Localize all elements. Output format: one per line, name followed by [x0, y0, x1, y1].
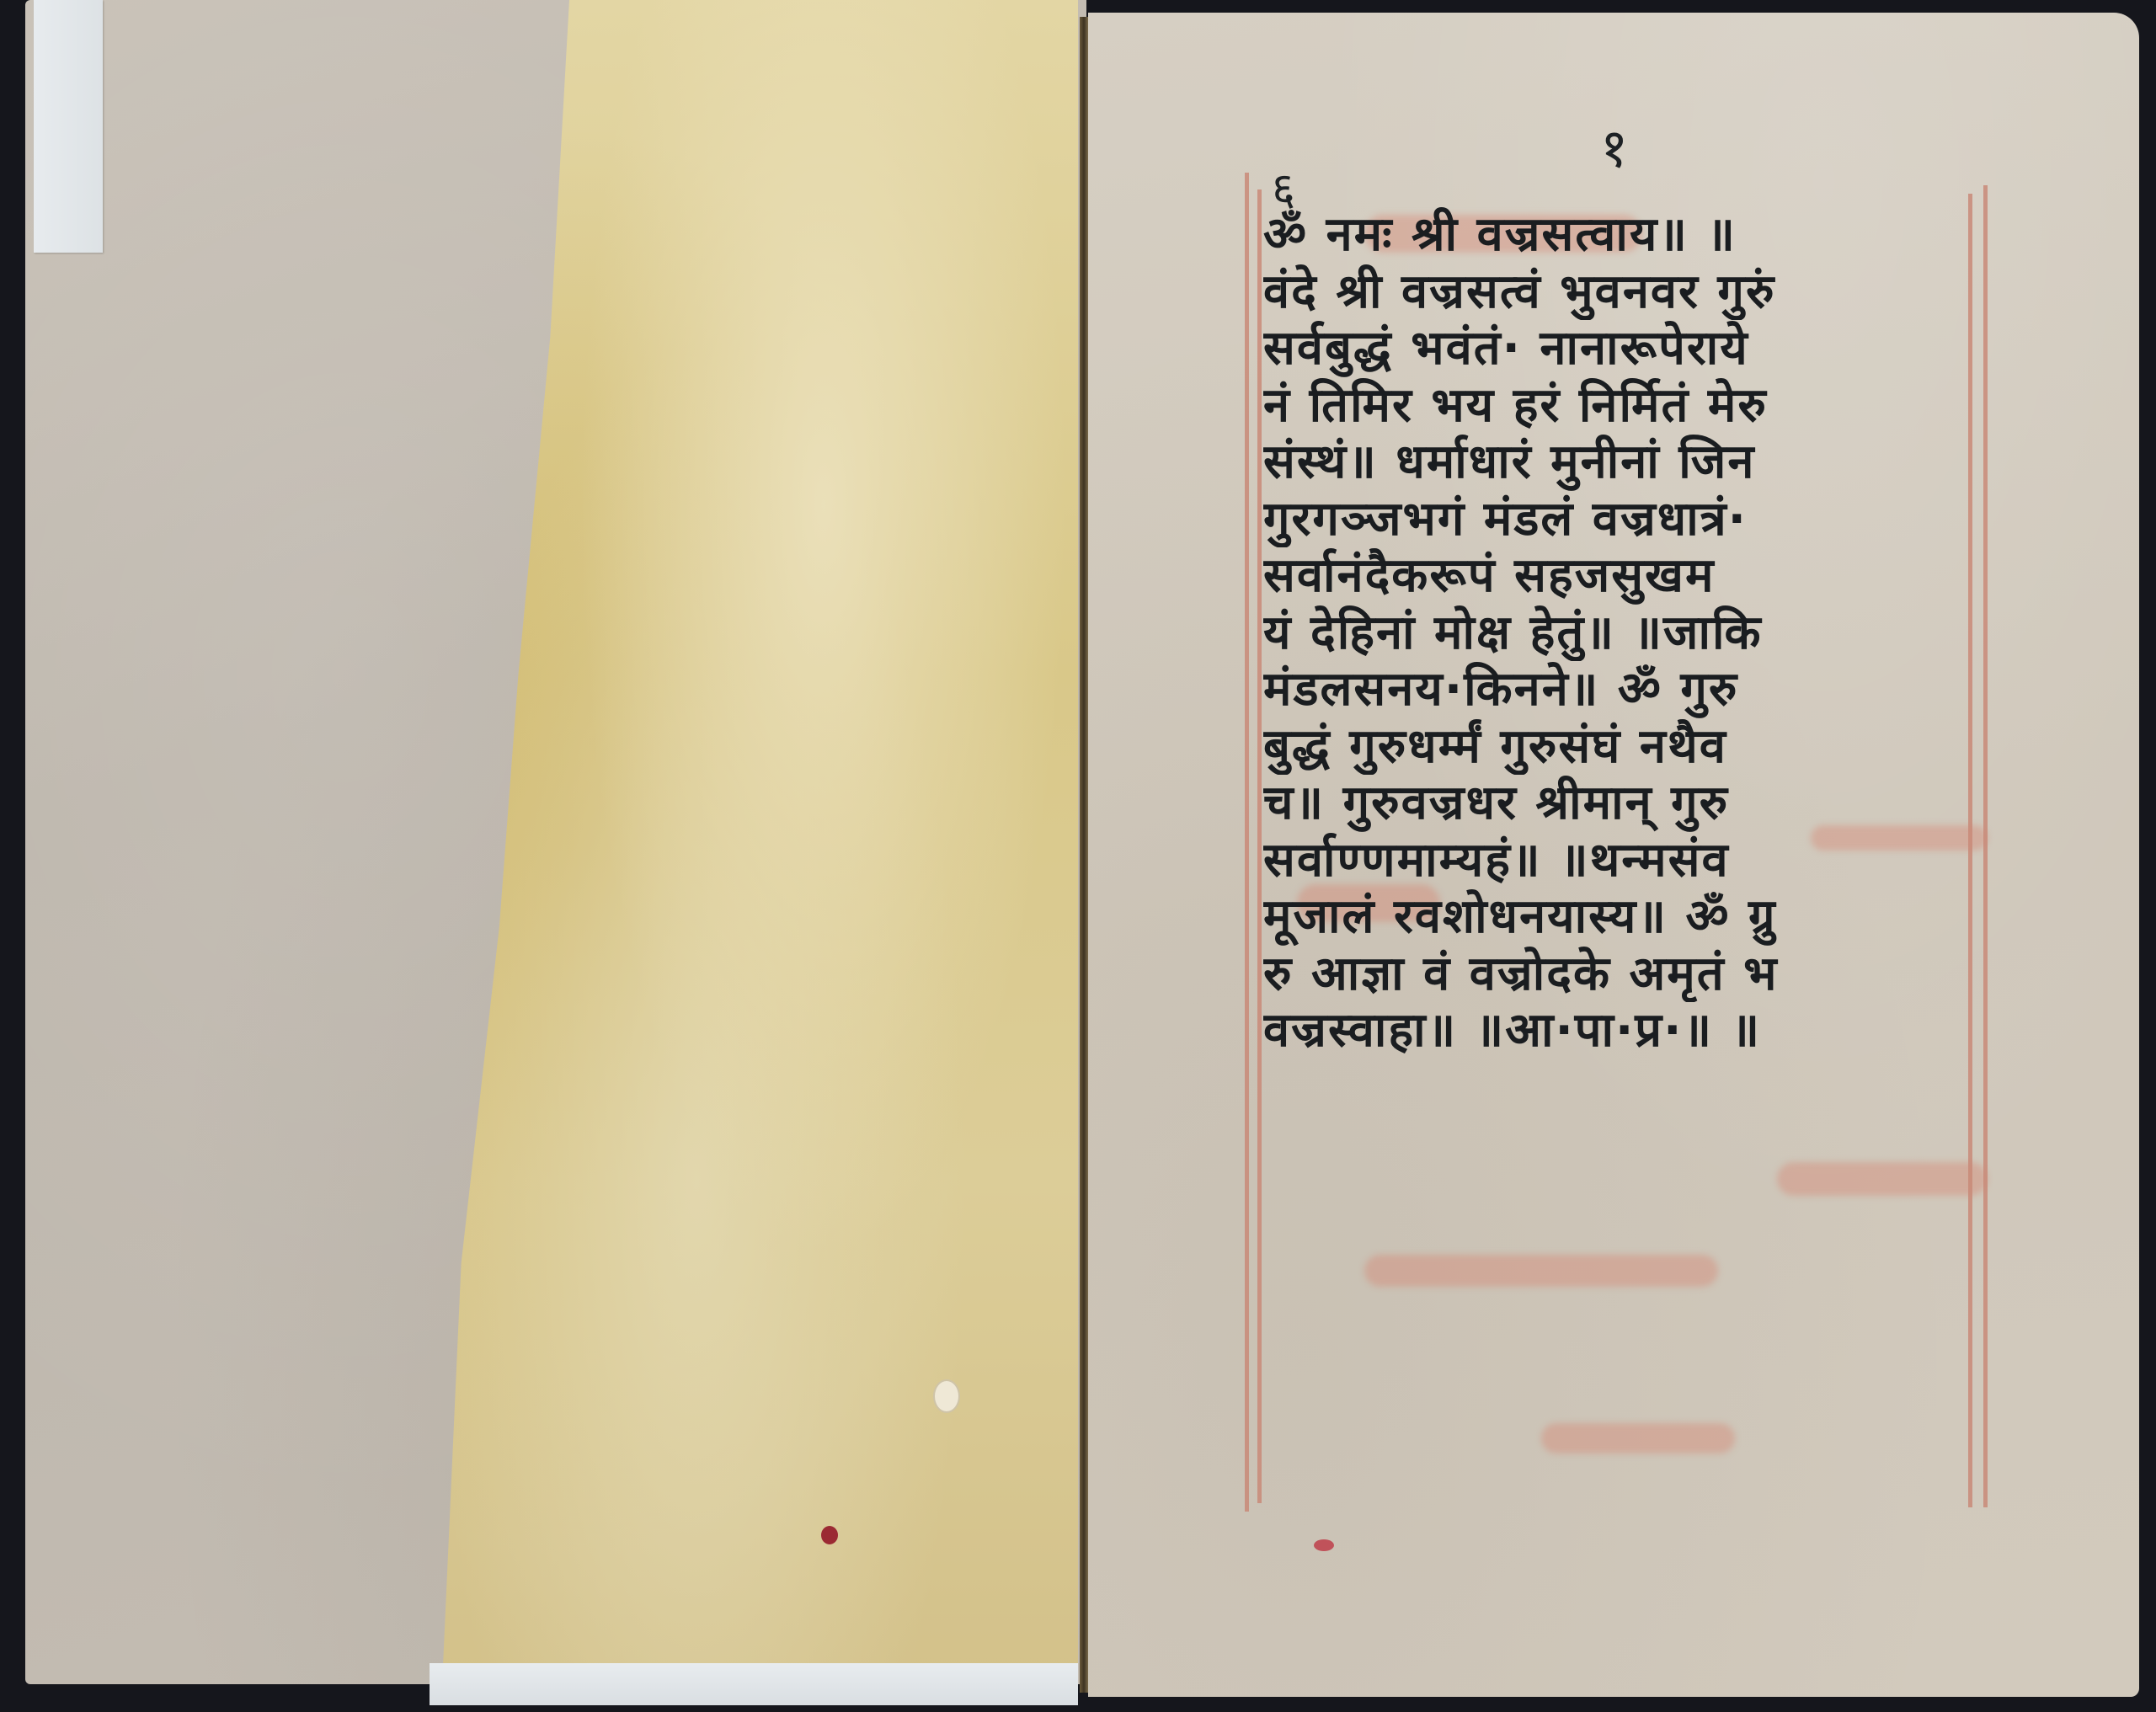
- text-line: वंदे श्री वज्रसत्वं भुवनवर गुरुं: [1263, 264, 1962, 321]
- text-line: सर्वाण्णमाम्यहं॥ ॥थन्मसंव: [1263, 832, 1962, 889]
- text-line: मूजालं रवशोधनयास्य॥ ॐ ग्रु: [1263, 888, 1962, 946]
- text-line: संस्थं॥ धर्माधारं मुनीनां जिन: [1263, 434, 1962, 491]
- margin-rule-right-inner: [1968, 194, 1972, 1507]
- margin-rule-left-outer: [1245, 173, 1249, 1512]
- rubric-highlight: [1777, 1162, 1988, 1196]
- text-line: मंडलसनय·किनने॥ ॐ गुरु: [1263, 661, 1962, 718]
- manuscript-text-block: ॐ नमः श्री वज्रसत्वाय॥ ॥ वंदे श्री वज्रस…: [1263, 206, 1962, 1059]
- repair-tape-bottom: [430, 1663, 1078, 1705]
- text-line: ॐ नमः श्री वज्रसत्वाय॥ ॥: [1263, 206, 1962, 264]
- text-line: च॥ गुरुवज्रधर श्रीमान् गुरु: [1263, 775, 1962, 832]
- margin-rule-right-outer: [1983, 185, 1988, 1507]
- folio-number: १: [1600, 109, 1628, 183]
- text-line: बुद्धं गुरुधर्म्मं गुरुसंघं नथैव: [1263, 718, 1962, 776]
- rubric-highlight: [1541, 1423, 1735, 1453]
- text-line: नं तिमिर भय हरं निर्मितं मेरु: [1263, 377, 1962, 435]
- book-gutter: [1080, 17, 1088, 1693]
- red-stain-flyleaf: [821, 1526, 838, 1544]
- repair-tape-top-left: [34, 0, 103, 253]
- text-line: वज्रस्वाहा॥ ॥आ·पा·प्र·॥ ॥: [1263, 1002, 1962, 1059]
- text-line: सर्वबुद्धं भवंतं· नानारूपेराये: [1263, 320, 1962, 377]
- margin-rule-left-inner: [1257, 189, 1262, 1503]
- text-line: यं देहिनां मोक्ष हेतुं॥ ॥जाकि: [1263, 605, 1962, 662]
- text-line: गुरगञ्जभगं मंडलं वज्रधात्रं·: [1263, 491, 1962, 548]
- text-line: सर्वानंदैकरूपं सहजसुखम: [1263, 547, 1962, 605]
- red-stain-page: [1314, 1539, 1334, 1551]
- hole-flyleaf: [933, 1379, 960, 1413]
- rubric-highlight: [1364, 1255, 1718, 1287]
- text-line: रु आज्ञा वं वज्रोदके अमृतं भ: [1263, 946, 1962, 1003]
